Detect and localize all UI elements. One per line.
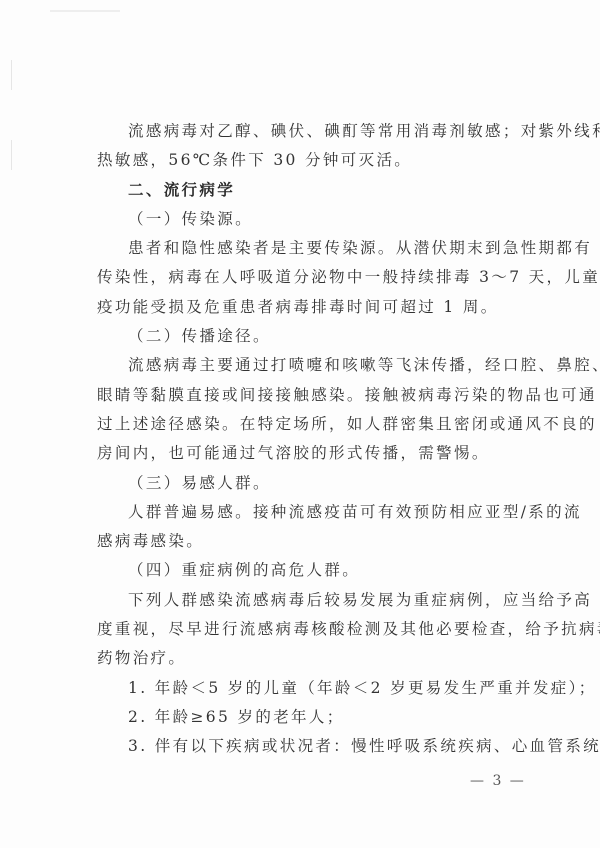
document-page: 流感病毒对乙醇、碘伏、碘酊等常用消毒剂敏感；对紫外线和 热敏感，56℃条件下 3…: [97, 117, 545, 762]
body-text-line: 度重视，尽早进行流感病毒核酸检测及其他必要检查，给予抗病毒: [97, 615, 545, 644]
list-item: 3. 伴有以下疾病或状况者：慢性呼吸系统疾病、心血管系统疾: [97, 732, 545, 761]
subsection-heading: （一）传染源。: [97, 205, 545, 234]
body-text-line: 感病毒感染。: [97, 527, 545, 556]
subsection-heading: （三）易感人群。: [97, 469, 545, 498]
list-item: 1. 年龄＜5 岁的儿童（年龄＜2 岁更易发生严重并发症）；: [97, 674, 545, 703]
body-text-line: 房间内，也可能通过气溶胶的形式传播，需警惕。: [97, 439, 545, 468]
scan-margin-mark: [11, 140, 12, 170]
scan-smudge: [50, 10, 120, 12]
subsection-heading: （二）传播途径。: [97, 322, 545, 351]
body-text-line: 流感病毒对乙醇、碘伏、碘酊等常用消毒剂敏感；对紫外线和: [97, 117, 545, 146]
body-text-line: 人群普遍易感。接种流感疫苗可有效预防相应亚型/系的流: [97, 498, 545, 527]
body-text-line: 下列人群感染流感病毒后较易发展为重症病例，应当给予高: [97, 586, 545, 615]
body-text-line: 疫功能受损及危重患者病毒排毒时间可超过 1 周。: [97, 293, 545, 322]
body-text-line: 眼睛等黏膜直接或间接接触感染。接触被病毒污染的物品也可通: [97, 381, 545, 410]
page-number: — 3 —: [470, 773, 526, 789]
body-text-line: 传染性，病毒在人呼吸道分泌物中一般持续排毒 3～7 天，儿童、免: [97, 263, 545, 292]
list-item: 2. 年龄≥65 岁的老年人；: [97, 703, 545, 732]
subsection-heading: （四）重症病例的高危人群。: [97, 556, 545, 585]
body-text-line: 流感病毒主要通过打喷嚏和咳嗽等飞沫传播，经口腔、鼻腔、: [97, 351, 545, 380]
body-text-line: 过上述途径感染。在特定场所，如人群密集且密闭或通风不良的: [97, 410, 545, 439]
body-text-line: 热敏感，56℃条件下 30 分钟可灭活。: [97, 146, 545, 175]
scan-margin-mark: [11, 60, 12, 90]
body-text-line: 药物治疗。: [97, 644, 545, 673]
section-heading: 二、流行病学: [97, 176, 545, 205]
body-text-line: 患者和隐性感染者是主要传染源。从潜伏期末到急性期都有: [97, 234, 545, 263]
